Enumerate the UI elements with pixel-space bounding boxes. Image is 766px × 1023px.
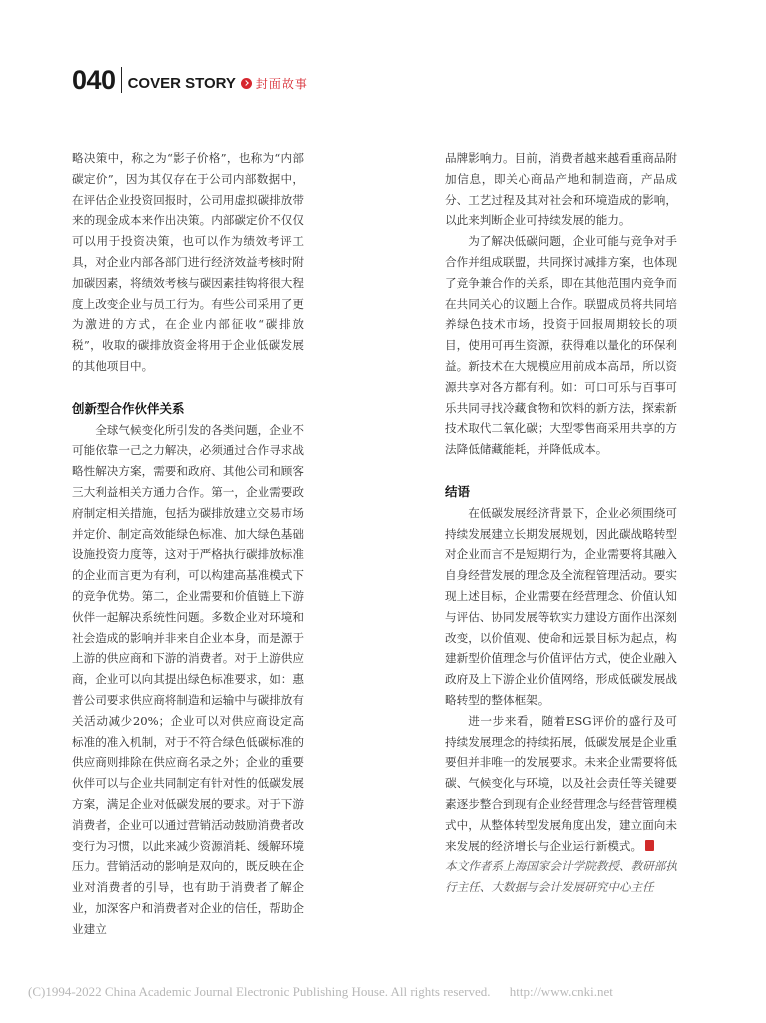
paragraph-final: 进一步来看，随着ESG评价的盛行及可持续发展理念的持续拓展，低碳发展是企业重要但… xyxy=(445,711,677,857)
header-divider xyxy=(121,67,122,93)
page-number: 040 xyxy=(72,67,116,94)
paragraph: 品牌影响力。目前，消费者越来越看重商品附加信息，即关心商品产地和制造商，产品成分… xyxy=(445,148,677,231)
footer-link[interactable]: http://www.cnki.net xyxy=(510,984,613,999)
paragraph: 为了解决低碳问题，企业可能与竞争对手合作并组成联盟，共同探讨减排方案，也体现了竞… xyxy=(445,231,677,460)
page-header: 040 COVER STORY 封面故事 xyxy=(72,64,308,96)
section-title-en: COVER STORY xyxy=(128,76,236,91)
paragraph: 全球气候变化所引发的各类问题，企业不可能依靠一己之力解决，必须通过合作寻求战略性… xyxy=(72,420,304,940)
paragraph: 在低碳发展经济背景下，企业必须围绕可持续发展建立长期发展规划，因此碳战略转型对企… xyxy=(445,503,677,711)
copyright-text: (C)1994-2022 China Academic Journal Elec… xyxy=(28,984,491,999)
section-heading: 结语 xyxy=(445,482,677,503)
copyright-footer: (C)1994-2022 China Academic Journal Elec… xyxy=(28,984,613,1000)
left-column: 略决策中，称之为“影子价格”，也称为“内部碳定价”，因为其仅存在于公司内部数据中… xyxy=(72,148,304,939)
spacer xyxy=(72,377,304,399)
spacer xyxy=(445,460,677,482)
paragraph: 略决策中，称之为“影子价格”，也称为“内部碳定价”，因为其仅存在于公司内部数据中… xyxy=(72,148,304,377)
right-column: 品牌影响力。目前，消费者越来越看重商品附加信息，即关心商品产地和制造商，产品成分… xyxy=(445,148,677,898)
arrow-right-icon xyxy=(241,78,252,89)
paragraph-text: 进一步来看，随着ESG评价的盛行及可持续发展理念的持续拓展，低碳发展是企业重要但… xyxy=(445,714,677,853)
section-title-cn: 封面故事 xyxy=(256,75,308,92)
end-mark-icon xyxy=(645,840,654,851)
section-heading: 创新型合作伙伴关系 xyxy=(72,399,304,420)
author-note: 本文作者系上海国家会计学院教授、教研部执行主任、大数据与会计发展研究中心主任 xyxy=(445,856,677,898)
